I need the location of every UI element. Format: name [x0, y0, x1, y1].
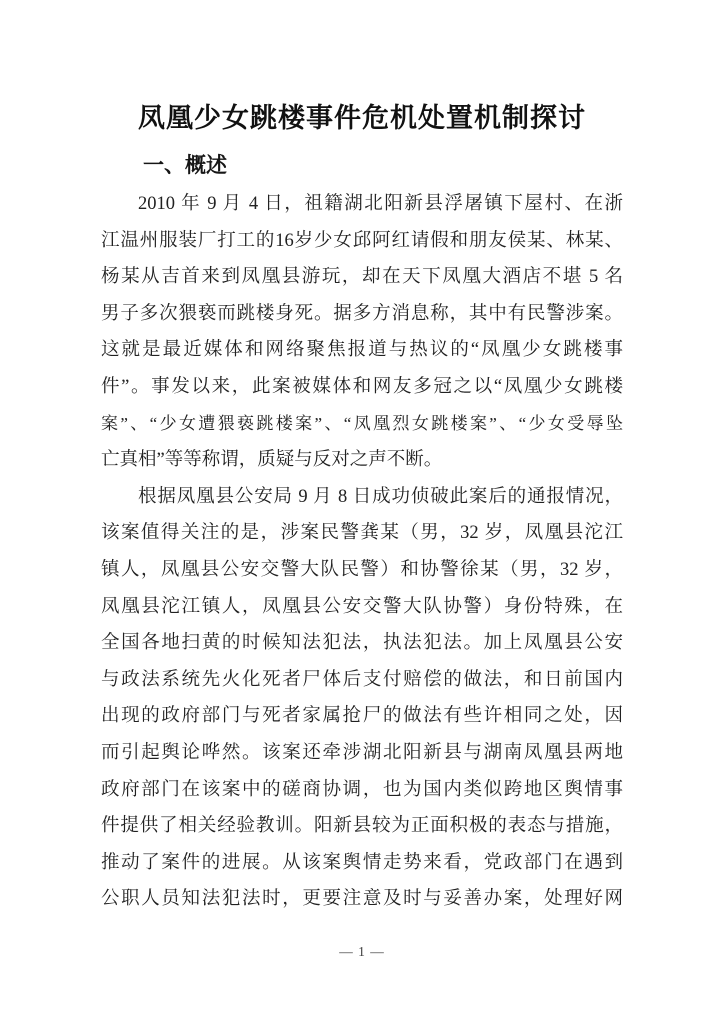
body-line: 出现的政府部门与死者家属抢尸的做法有些许相同之处，因: [101, 698, 623, 735]
body-line: 这就是最近媒体和网络聚焦报道与热议的“凤凰少女跳楼事: [101, 332, 623, 369]
body-line: 而引起舆论哗然。该案还牵涉湖北阳新县与湖南凤凰县两地: [101, 735, 623, 772]
body-line: 与政法系统先火化死者尸体后支付赔偿的做法，和日前国内: [101, 662, 623, 699]
body-line: 件提供了相关经验教训。阳新县较为正面积极的表态与措施，: [101, 808, 623, 845]
paragraph: 2010 年 9 月 4 日，祖籍湖北阳新县浮屠镇下屋村、在浙 江温州服装厂打工…: [101, 186, 623, 479]
page-title: 凤凰少女跳楼事件危机处置机制探讨: [0, 96, 724, 135]
body-line: 江温州服装厂打工的16岁少女邱阿红请假和朋友侯某、林某、: [101, 223, 623, 260]
body-line: 案”、“少女遭猥亵跳楼案”、“凤凰烈女跳楼案”、“少女受辱坠: [101, 406, 623, 443]
paragraph: 根据凤凰县公安局 9 月 8 日成功侦破此案后的通报情况， 该案值得关注的是，涉…: [101, 479, 623, 918]
body-line: 2010 年 9 月 4 日，祖籍湖北阳新县浮屠镇下屋村、在浙: [101, 186, 623, 223]
body-line: 公职人员知法犯法时，更要注意及时与妥善办案，处理好网: [101, 881, 623, 918]
body-line: 男子多次猥亵而跳楼身死。据多方消息称，其中有民警涉案。: [101, 296, 623, 333]
body-line: 镇人，凤凰县公安交警大队民警）和协警徐某（男，32 岁，: [101, 552, 623, 589]
body-line: 该案值得关注的是，涉案民警龚某（男，32 岁，凤凰县沱江: [101, 515, 623, 552]
body-line: 根据凤凰县公安局 9 月 8 日成功侦破此案后的通报情况，: [101, 479, 623, 516]
page-number: — 1 —: [0, 944, 724, 960]
section-heading: 一、概述: [143, 149, 227, 179]
body-line: 凤凰县沱江镇人，凤凰县公安交警大队协警）身份特殊，在: [101, 589, 623, 626]
body-line: 件”。事发以来，此案被媒体和网友多冠之以“凤凰少女跳楼: [101, 369, 623, 406]
body-line: 杨某从吉首来到凤凰县游玩，却在天下凤凰大酒店不堪 5 名: [101, 259, 623, 296]
document-page: 凤凰少女跳楼事件危机处置机制探讨 一、概述 2010 年 9 月 4 日，祖籍湖…: [0, 0, 724, 1024]
body-line: 全国各地扫黄的时候知法犯法，执法犯法。加上凤凰县公安: [101, 625, 623, 662]
body-line: 推动了案件的进展。从该案舆情走势来看，党政部门在遇到: [101, 845, 623, 882]
document-body: 2010 年 9 月 4 日，祖籍湖北阳新县浮屠镇下屋村、在浙 江温州服装厂打工…: [101, 186, 623, 918]
body-line: 亡真相”等等称谓，质疑与反对之声不断。: [101, 442, 623, 479]
body-line: 政府部门在该案中的磋商协调，也为国内类似跨地区舆情事: [101, 772, 623, 809]
